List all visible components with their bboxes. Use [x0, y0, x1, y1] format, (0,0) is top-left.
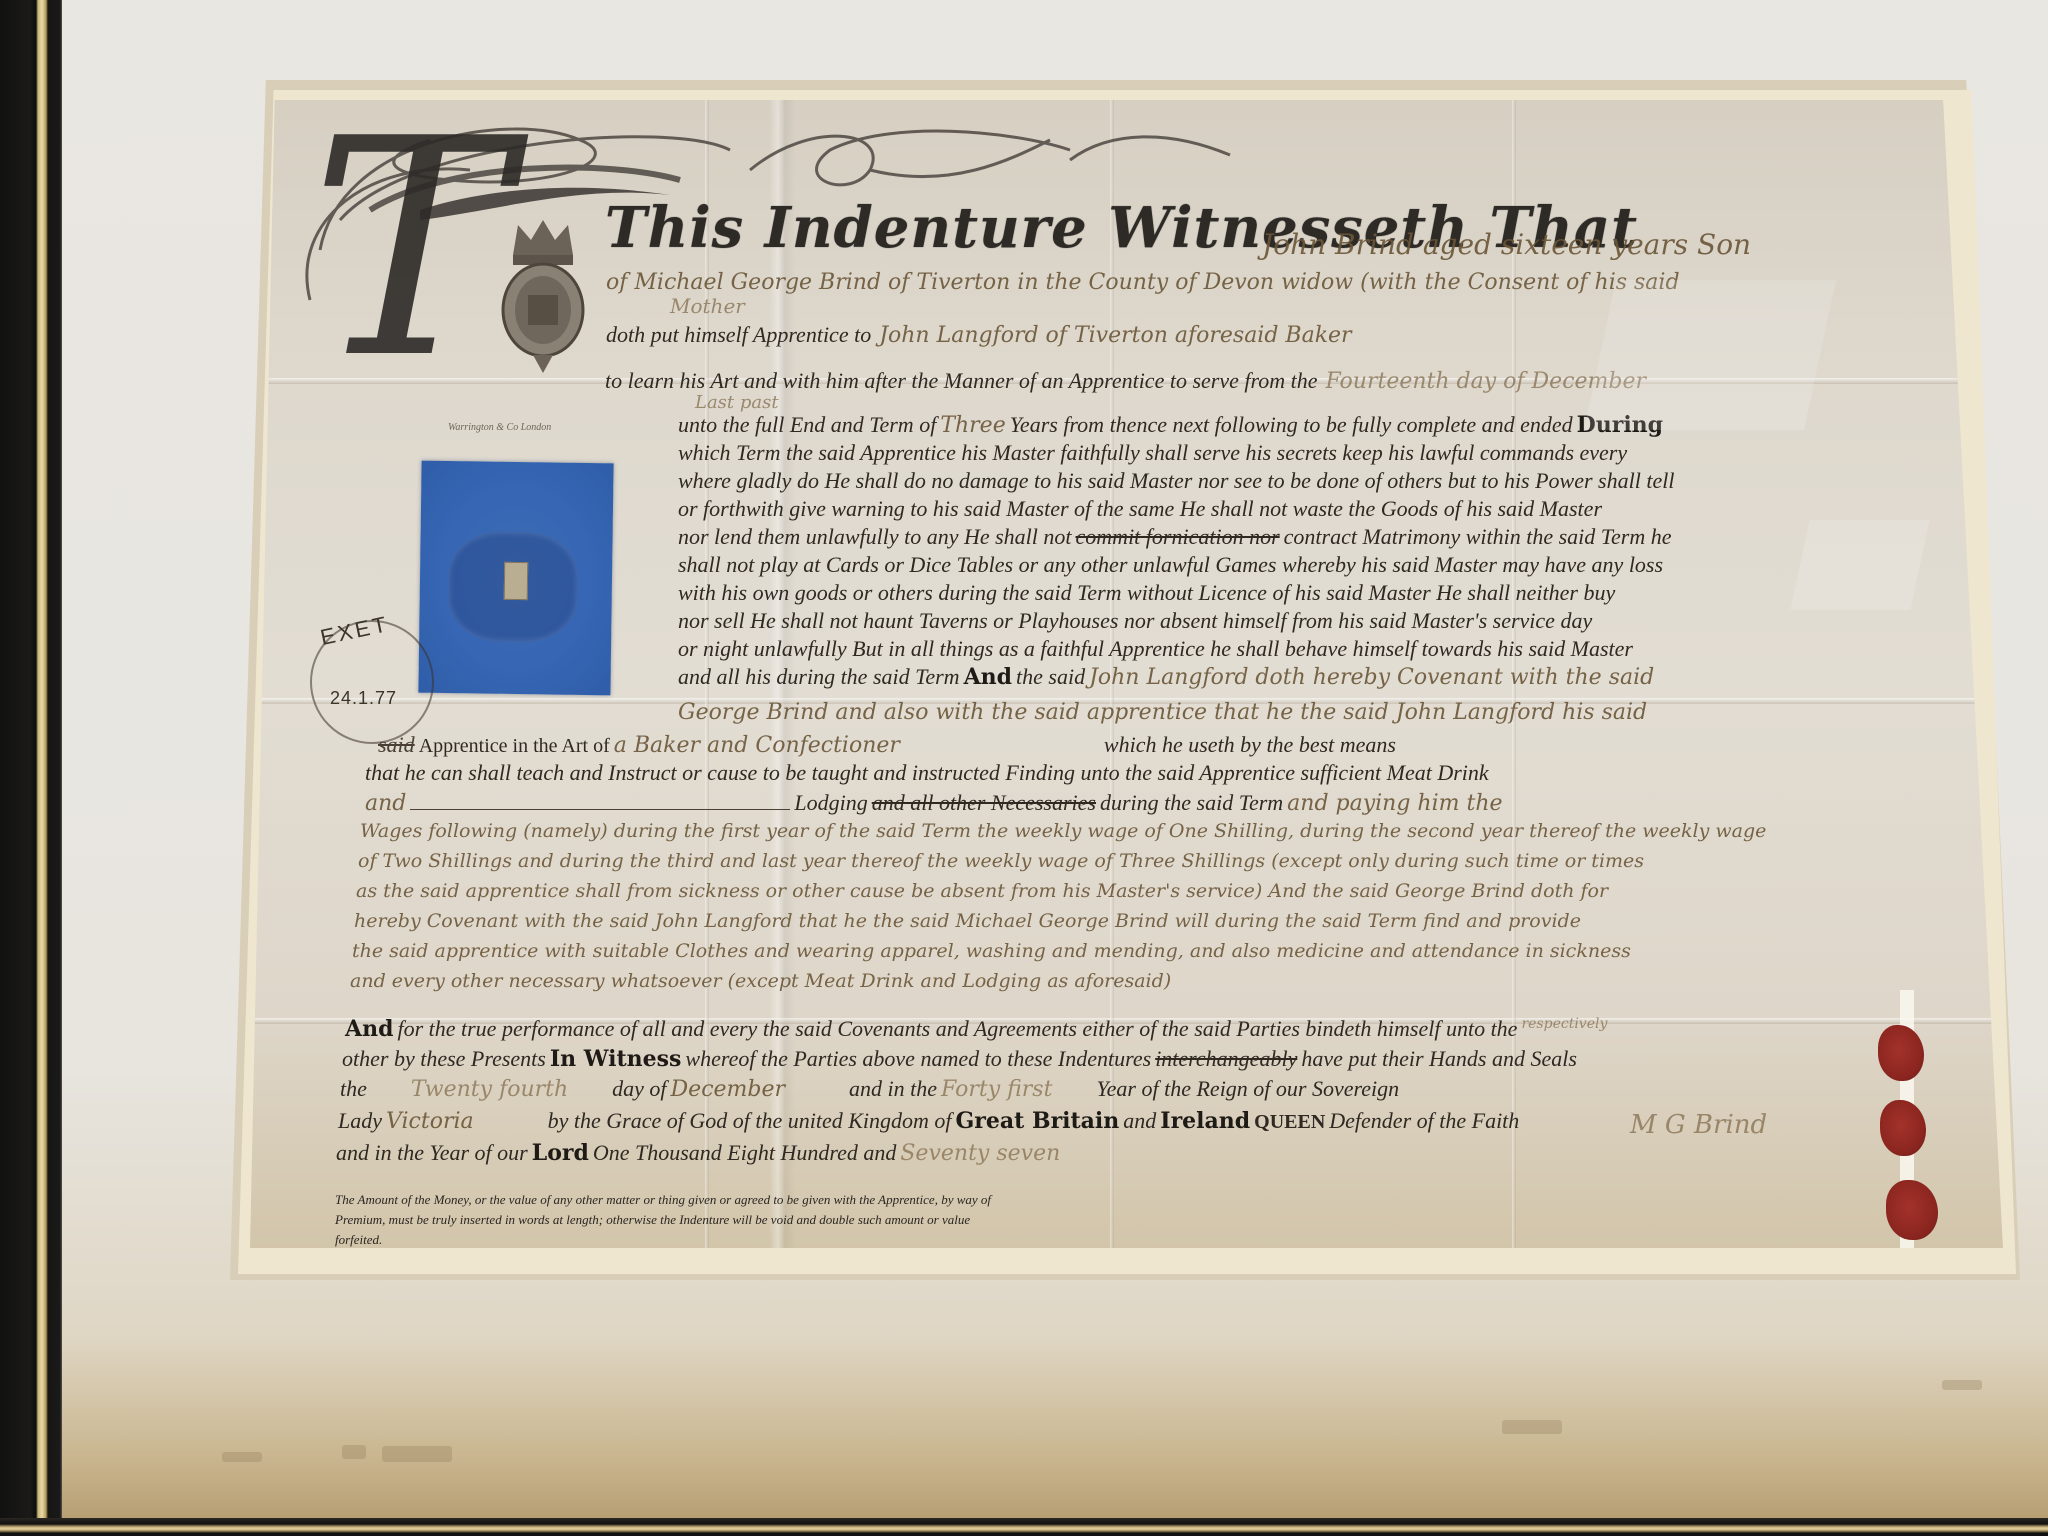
glass-glare: [1790, 520, 1929, 610]
covenant-line: nor sell He shall not haunt Taverns or P…: [678, 608, 1592, 634]
wax-seal-1-icon: [1878, 1025, 1924, 1081]
master-name: John Langford of Tiverton aforesaid Bake…: [879, 323, 1351, 348]
trade-line: said Apprentice in the Art of a Baker an…: [378, 732, 1396, 758]
blank-rule: [410, 809, 790, 810]
postmark-date: 24.1.77: [330, 688, 397, 709]
indenture-document: T This Indenture Witnesseth That John Br…: [250, 100, 2010, 1248]
line-term-start: to learn his Art and with him after the …: [605, 368, 1646, 394]
handwritten-last-past: Last past: [695, 392, 779, 413]
covenant-line: that he can shall teach and Instruct or …: [365, 760, 1489, 786]
covenant-line: shall not play at Cards or Dice Tables o…: [678, 552, 1663, 578]
performance-clause: And for the true performance of all and …: [345, 1016, 1607, 1042]
wages-handwritten-line: of Two Shillings and during the third an…: [358, 850, 1644, 872]
covenant-line: or night unlawfully But in all things as…: [678, 636, 1633, 662]
glass-glare: [1584, 280, 1836, 430]
line-apprentice-to: doth put himself Apprentice to John Lang…: [606, 322, 1352, 348]
year-clause: and in the Year of our Lord One Thousand…: [336, 1140, 1060, 1166]
handwritten-mother: Mother: [670, 294, 745, 318]
wages-handwritten-line: and every other necessary whatsoever (ex…: [350, 970, 1171, 992]
covenant-line: which Term the said Apprentice his Maste…: [678, 440, 1627, 466]
mat-stain: [342, 1445, 366, 1459]
covenant-line: unto the full End and Term of Three Year…: [678, 412, 1663, 438]
mat-stain: [1942, 1380, 1982, 1390]
covenant-line: or forthwith give warning to his said Ma…: [678, 496, 1602, 522]
maker-imprint: Warrington & Co London: [448, 422, 551, 433]
covenant-line: with his own goods or others during the …: [678, 580, 1615, 606]
wages-handwritten-line: as the said apprentice shall from sickne…: [356, 880, 1608, 902]
decorated-initial-T: T: [310, 100, 510, 400]
father-and-place: of Michael George Brind of Tiverton in t…: [606, 270, 1680, 295]
premium-notice: The Amount of the Money, or the value of…: [335, 1190, 995, 1250]
stamp-tab: [504, 562, 529, 600]
picture-frame-left-edge: [0, 0, 62, 1536]
covenant-line: where gladly do He shall do no damage to…: [678, 468, 1674, 494]
date-clause: the Twenty fourth day of December and in…: [340, 1076, 1399, 1102]
wages-handwritten-line: hereby Covenant with the said John Langf…: [354, 910, 1581, 932]
covenant-line: nor lend them unlawfully to any He shall…: [678, 524, 1671, 550]
reign-clause: Lady Victoria by the Grace of God of the…: [338, 1108, 1519, 1134]
covenant-handwritten-line: George Brind and also with the said appr…: [678, 700, 1647, 725]
wages-handwritten-line: Wages following (namely) during the firs…: [360, 820, 1766, 842]
signature-brind: M G Brind: [1630, 1110, 1767, 1140]
apprentice-name: John Brind aged sixteen years Son: [1262, 228, 1751, 261]
covenant-line: and Lodging and all other Necessaries du…: [365, 790, 1503, 816]
mat-stain: [382, 1446, 452, 1462]
wax-seal-2-icon: [1880, 1100, 1926, 1156]
covenant-line: and all his during the said Term And the…: [678, 664, 1654, 690]
royal-crest-icon: [493, 215, 593, 375]
blue-duty-stamp: [418, 461, 613, 696]
wax-seal-3-icon: [1886, 1180, 1938, 1240]
picture-frame-bottom-edge: [0, 1518, 2048, 1536]
mat-stain: [1502, 1420, 1562, 1434]
mat-stain: [222, 1452, 262, 1462]
witness-clause: other by these Presents In Witness where…: [342, 1046, 1577, 1072]
wages-handwritten-line: the said apprentice with suitable Clothe…: [352, 940, 1631, 962]
